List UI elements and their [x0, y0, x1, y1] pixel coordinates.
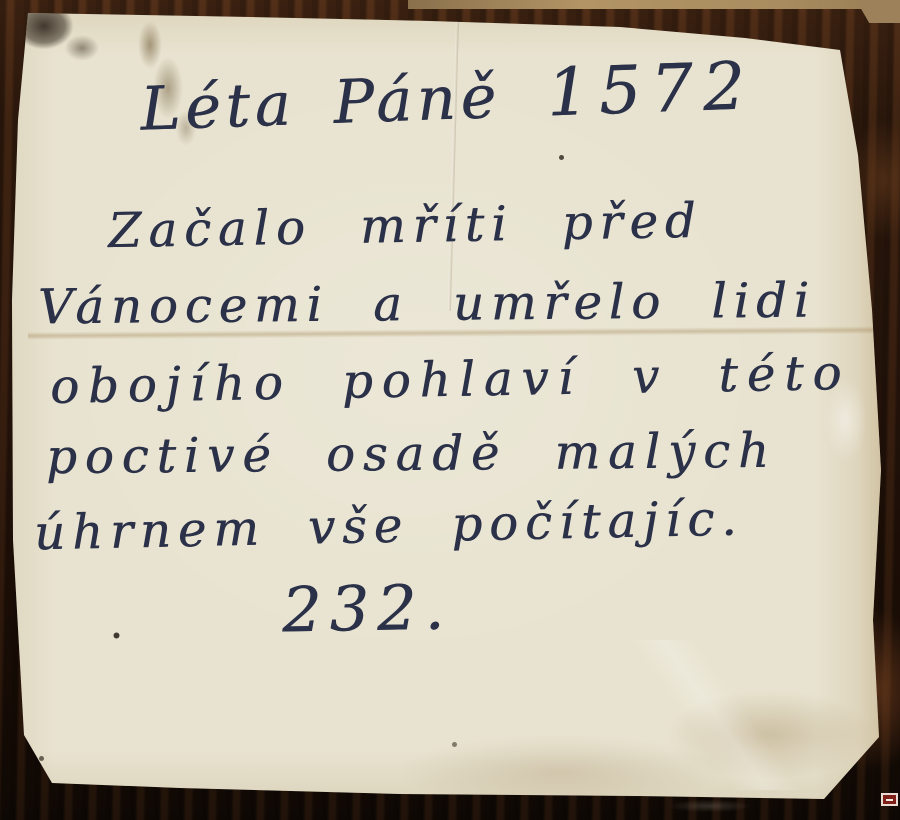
- wood-frame-top-strip: [408, 0, 900, 9]
- photo-of-handwritten-note: Léta Páně 1572 Začalo mříti před Vánocem…: [0, 0, 900, 820]
- note-total-number: 232.: [281, 571, 452, 647]
- note-heading: Léta Páně 1572: [139, 47, 756, 145]
- note-line: Začalo mříti před: [108, 193, 703, 259]
- watermark-icon: [881, 793, 898, 806]
- wood-frame-top-right: [856, 0, 900, 23]
- paper-sheen: [600, 640, 830, 790]
- heading-text: Léta Páně: [139, 62, 502, 145]
- paper-note: Léta Páně 1572 Začalo mříti před Vánocem…: [0, 0, 900, 820]
- paper-specks: [0, 0, 3, 3]
- note-line: poctivé osadě malých: [46, 423, 777, 485]
- heading-year: 1572: [546, 47, 757, 131]
- note-line: Vánocemi a umřelo lidi: [38, 273, 817, 336]
- note-line: obojího pohlaví v této: [50, 345, 851, 415]
- note-line: úhrnem vše počítajíc.: [33, 491, 743, 562]
- watermark-dash: [886, 799, 893, 801]
